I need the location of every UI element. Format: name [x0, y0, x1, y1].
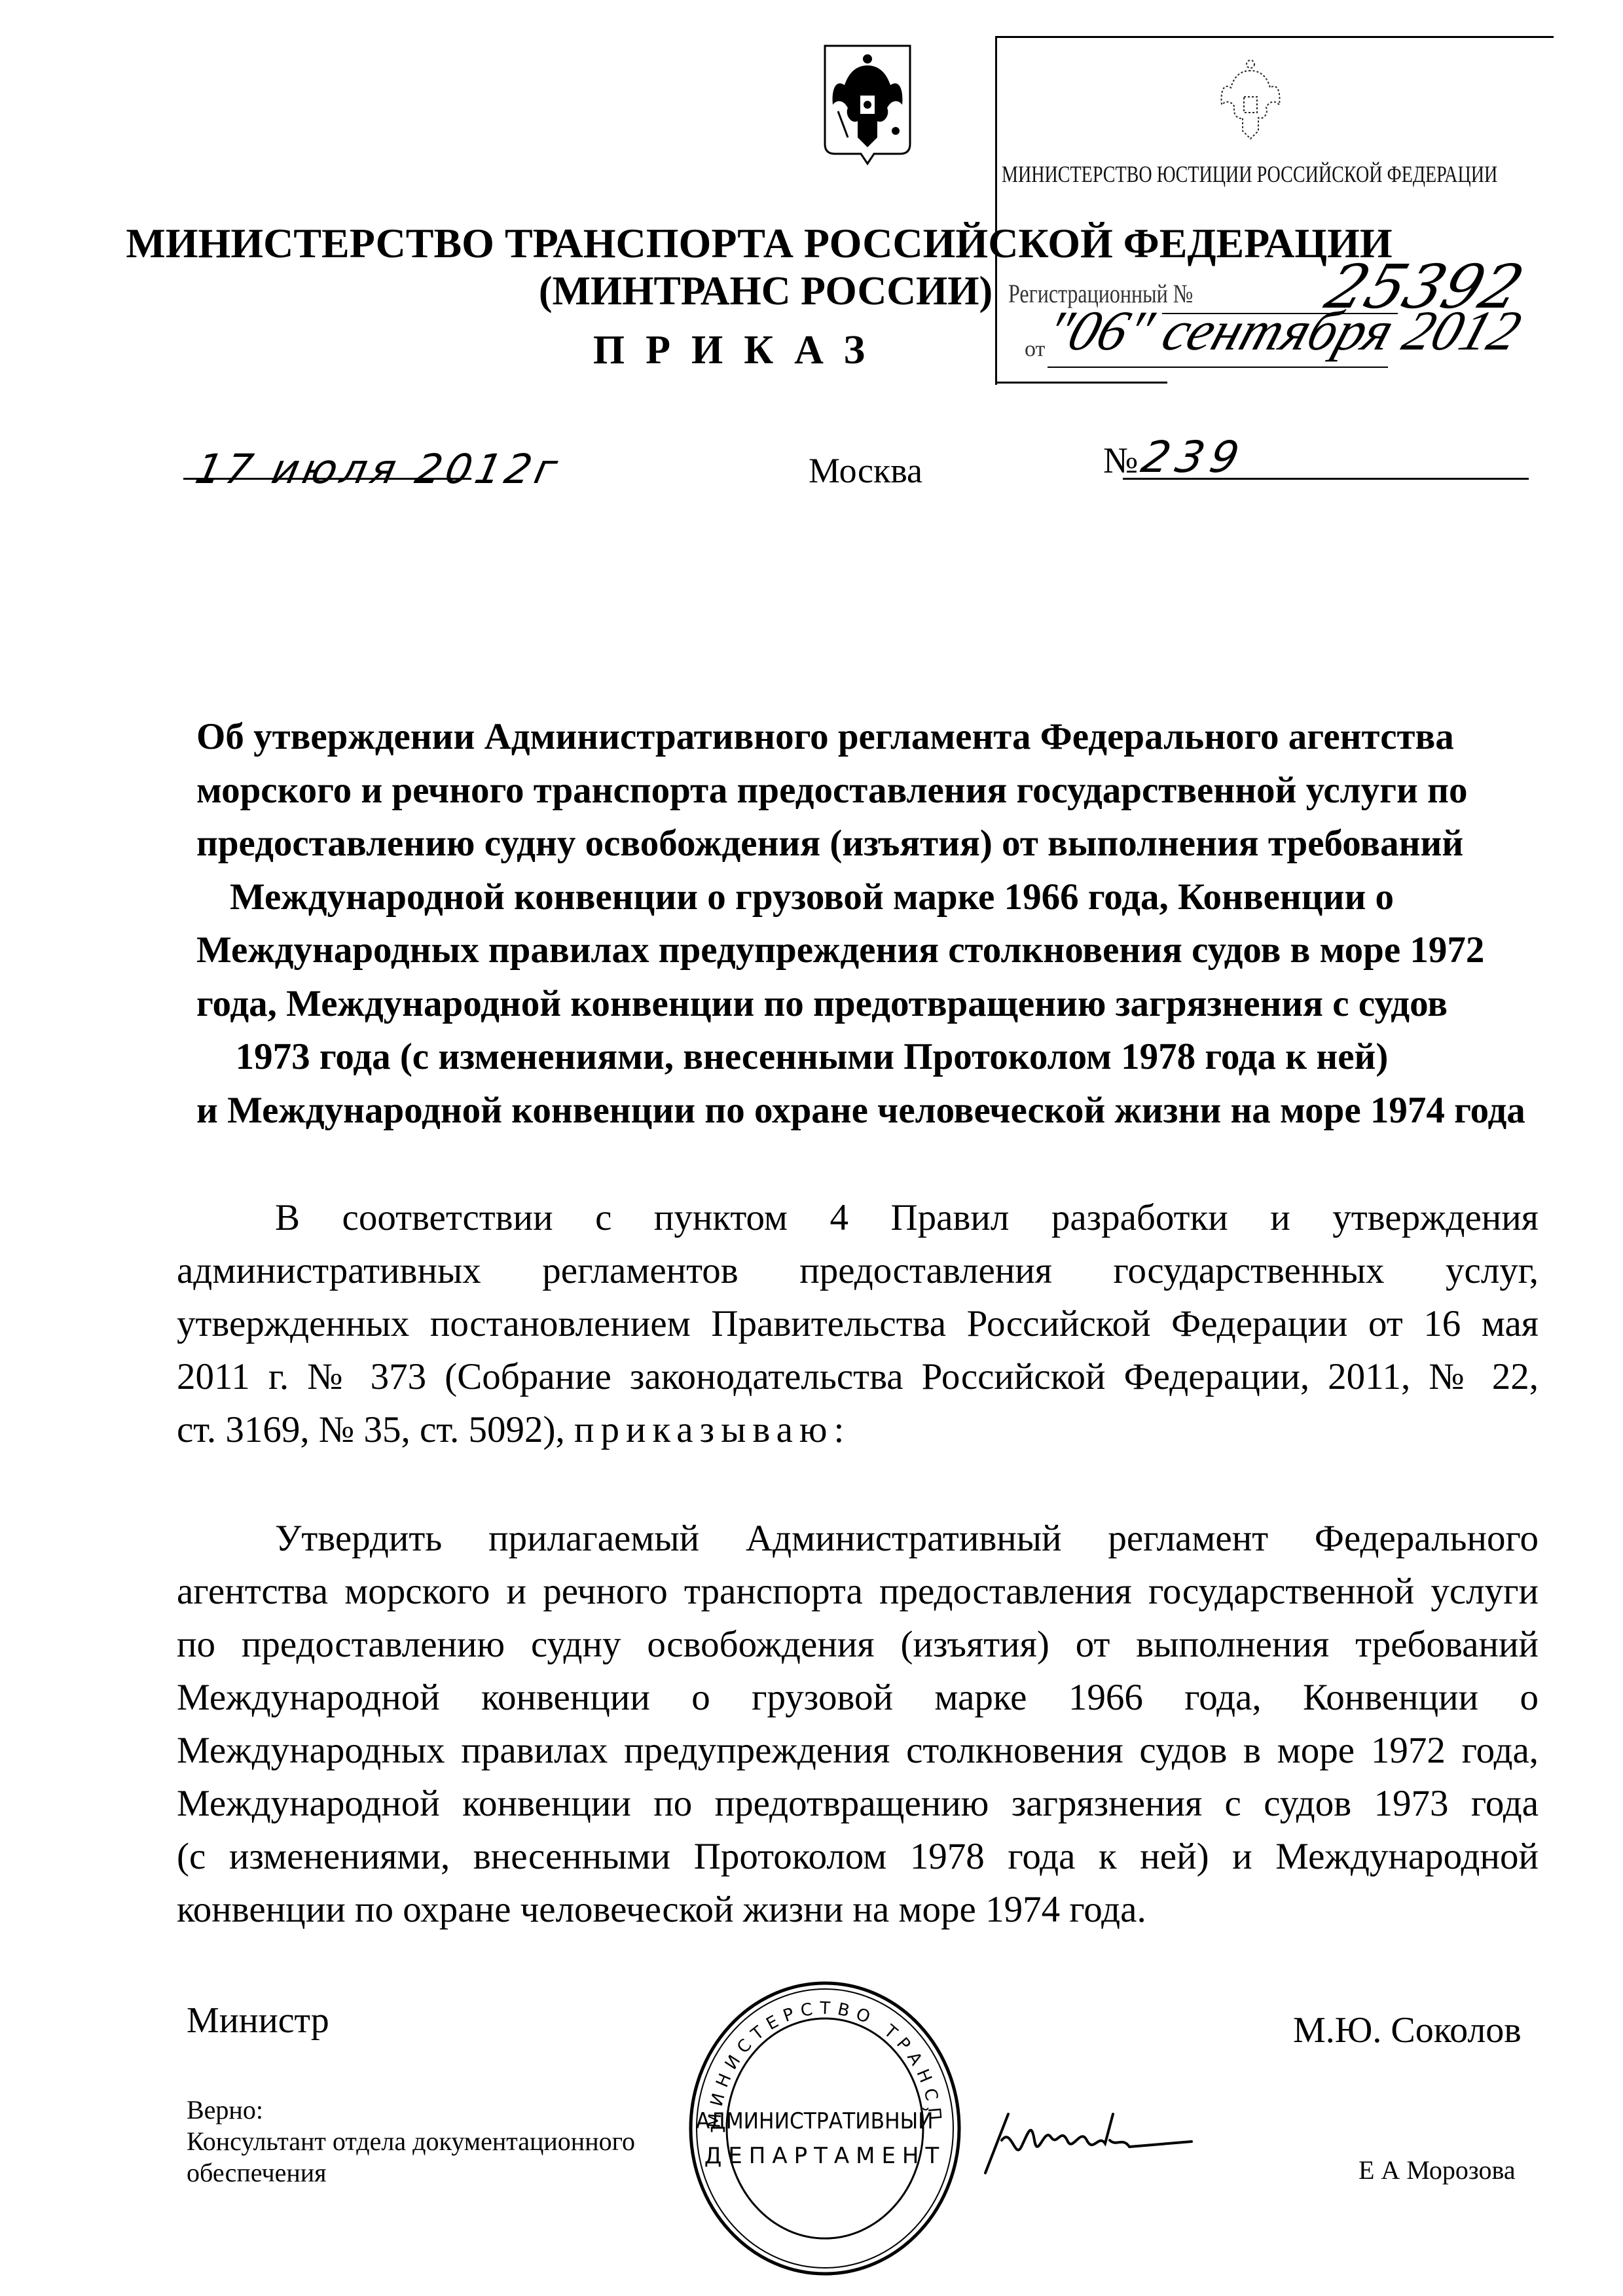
- paragraph-line: В соответствии с пунктом 4 Правил разраб…: [177, 1191, 1539, 1244]
- justice-ministry-label: МИНИСТЕРСТВО ЮСТИЦИИ РОССИЙСКОЙ ФЕДЕРАЦИ…: [1002, 160, 1410, 188]
- order-title: Об утверждении Административного регламе…: [196, 710, 1427, 1137]
- paragraph-line: Международной конвенции по предотвращени…: [177, 1777, 1539, 1830]
- svg-text:МИНИСТЕРСТВО ТРАНСПОРТА РОССИЙ: МИНИСТЕРСТВО ТРАНСПОРТА РОССИЙСКОЙ ФЕДЕР…: [681, 1977, 945, 2129]
- paragraph-line: Международной конвенции о грузовой марке…: [177, 1671, 1539, 1724]
- certification-block: Верно: Консультант отдела документационн…: [187, 2094, 635, 2189]
- resolution-paragraph: Утвердить прилагаемый Административный р…: [177, 1512, 1539, 1936]
- title-line: Об утверждении Административного регламе…: [196, 710, 1427, 764]
- title-line: года, Международной конвенции по предотв…: [196, 977, 1427, 1031]
- title-line: и Международной конвенции по охране чело…: [196, 1084, 1427, 1138]
- order-date-underline: [183, 478, 471, 480]
- command-word: приказываю:: [574, 1409, 850, 1450]
- handwritten-signature: [982, 2101, 1198, 2179]
- order-city: Москва: [809, 450, 922, 491]
- paragraph-line: Утвердить прилагаемый Административный р…: [177, 1512, 1539, 1565]
- stamp-bottom-border: [997, 382, 1167, 384]
- order-date-handwritten: 17 июля 2012г: [191, 445, 566, 493]
- coat-of-arms-icon: [818, 39, 917, 170]
- official-round-stamp: МИНИСТЕРСТВО ТРАНСПОРТА РОССИЙСКОЙ ФЕДЕР…: [681, 1977, 969, 2281]
- stamp-inner-line1: АДМИНИСТРАТИВНЫЙ: [696, 2108, 934, 2134]
- preamble-paragraph: В соответствии с пунктом 4 Правил разраб…: [177, 1191, 1539, 1456]
- paragraph-line: конвенции по охране человеческой жизни н…: [177, 1883, 1539, 1936]
- order-number-sign: №: [1103, 440, 1138, 482]
- certifier-position-line2: обеспечения: [187, 2157, 635, 2189]
- paragraph-line: (с изменениями, внесенными Протоколом 19…: [177, 1830, 1539, 1883]
- ministry-short-name: (МИНТРАНС РОССИИ): [0, 268, 1577, 315]
- paragraph-line: 2011 г. № 373 (Собрание законодательства…: [177, 1350, 1539, 1403]
- coat-of-arms-icon: [1211, 52, 1290, 157]
- paragraph-line-text: ст. 3169, № 35, ст. 5092),: [177, 1409, 565, 1450]
- paragraph-line: ст. 3169, № 35, ст. 5092), приказываю:: [177, 1403, 1539, 1456]
- certifier-position-line1: Консультант отдела документационного: [187, 2126, 635, 2157]
- stamp-outer-text: МИНИСТЕРСТВО ТРАНСПОРТА РОССИЙСКОЙ ФЕДЕР…: [681, 1977, 945, 2129]
- paragraph-line: утвержденных постановлением Правительств…: [177, 1297, 1539, 1350]
- paragraph-line: агентства морского и речного транспорта …: [177, 1565, 1539, 1618]
- paragraph-line: административных регламентов предоставле…: [177, 1244, 1539, 1297]
- certified-label: Верно:: [187, 2094, 635, 2126]
- signatory-name: М.Ю. Соколов: [1293, 2009, 1522, 2051]
- title-line: 1973 года (с изменениями, внесенными Про…: [196, 1030, 1427, 1084]
- title-line: Международных правилах предупреждения ст…: [196, 924, 1427, 977]
- document-type-heading: ПРИКАЗ: [0, 327, 1551, 374]
- ministry-name: МИНИСТЕРСТВО ТРАНСПОРТА РОССИЙСКОЙ ФЕДЕР…: [0, 219, 1571, 268]
- order-number-underline: [1123, 478, 1529, 480]
- signatory-position: Министр: [187, 2000, 329, 2041]
- stamp-inner-line2: ДЕПАРТАМЕНТ: [704, 2143, 946, 2169]
- paragraph-line: Международных правилах предупреждения ст…: [177, 1724, 1539, 1777]
- title-line: Международной конвенции о грузовой марке…: [196, 870, 1427, 924]
- title-line: морского и речного транспорта предоставл…: [196, 764, 1427, 817]
- paragraph-line: по предоставлению судну освобождения (из…: [177, 1618, 1539, 1671]
- certifier-name: Е А Морозова: [1359, 2155, 1516, 2185]
- title-line: предоставлению судну освобождения (изъят…: [196, 817, 1427, 870]
- order-number-handwritten: 239: [1137, 432, 1250, 482]
